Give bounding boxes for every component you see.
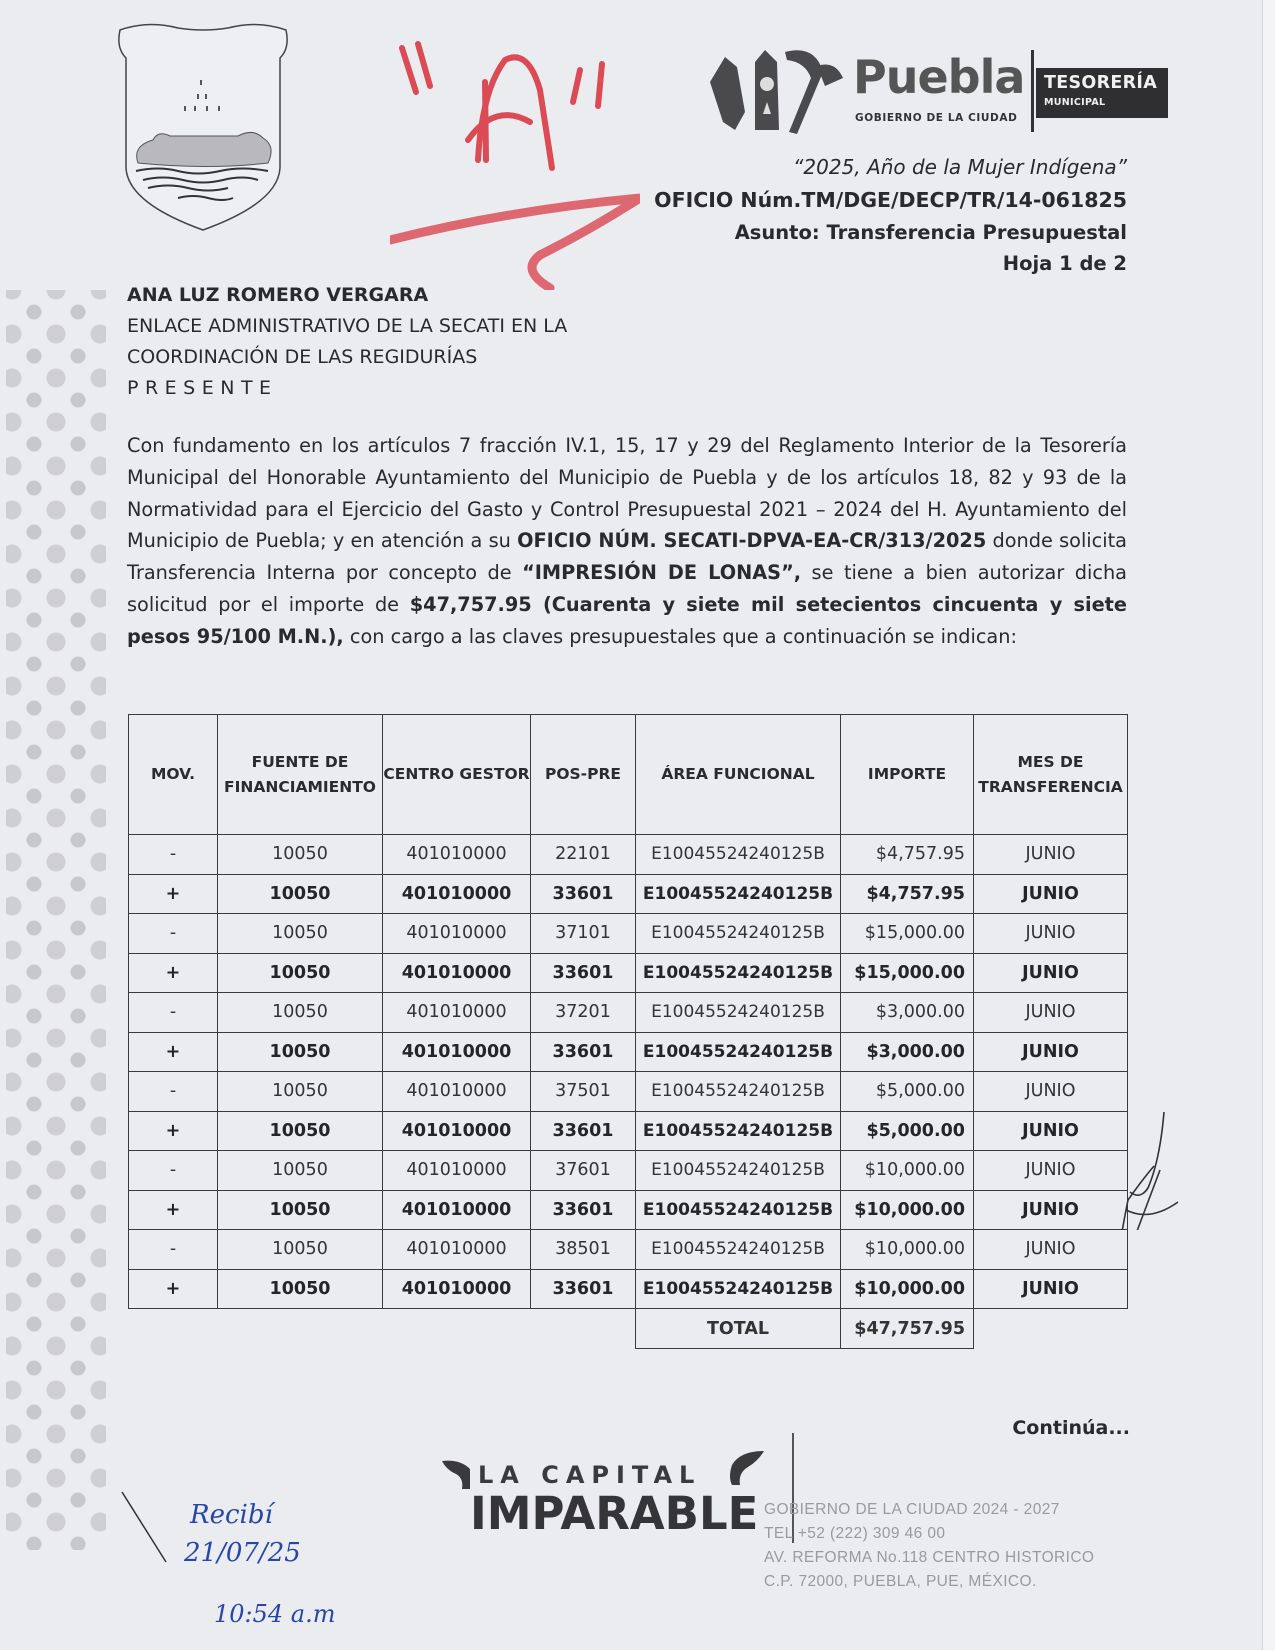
table-row: +1005040101000033601E10045524240125B$10,… <box>129 1269 1128 1309</box>
cell-mes: JUNIO <box>974 1269 1128 1309</box>
cell-mov: - <box>129 1230 218 1270</box>
header-importe: IMPORTE <box>841 715 974 835</box>
addressee-name: ANA LUZ ROMERO VERGARA <box>127 284 428 306</box>
body-paragraph: Con fundamento en los artículos 7 fracci… <box>127 430 1127 653</box>
cell-centro: 401010000 <box>383 993 531 1033</box>
cell-area: E10045524240125B <box>636 993 841 1033</box>
table-row: -1005040101000037501E10045524240125B$5,0… <box>129 1072 1128 1112</box>
addressee-title-line2: COORDINACIÓN DE LAS REGIDURÍAS <box>127 346 477 368</box>
contact-line-government: GOBIERNO DE LA CIUDAD 2024 - 2027 <box>764 1498 1094 1522</box>
cell-centro: 401010000 <box>383 1269 531 1309</box>
municipal-seal-icon <box>108 18 298 233</box>
cell-importe: $10,000.00 <box>841 1269 974 1309</box>
cell-importe: $5,000.00 <box>841 1111 974 1151</box>
cell-pospre: 33601 <box>531 1269 636 1309</box>
cell-pospre: 22101 <box>531 835 636 875</box>
cell-mes: JUNIO <box>974 1230 1128 1270</box>
cell-mes: JUNIO <box>974 1190 1128 1230</box>
cell-fuente: 10050 <box>218 993 383 1033</box>
cell-importe: $15,000.00 <box>841 914 974 954</box>
red-a-annotation-mark <box>390 30 640 290</box>
oficio-reference: OFICIO NÚM. SECATI-DPVA-EA-CR/313/2025 <box>517 529 986 552</box>
continues-label: Continúa... <box>1012 1417 1130 1439</box>
cell-area: E10045524240125B <box>636 1269 841 1309</box>
cell-fuente: 10050 <box>218 1230 383 1270</box>
year-motto: “2025, Año de la Mujer Indígena” <box>793 155 1127 179</box>
contact-line-address: AV. REFORMA No.118 CENTRO HISTORICO <box>764 1546 1094 1570</box>
cell-mes: JUNIO <box>974 1032 1128 1072</box>
cell-mov: - <box>129 1072 218 1112</box>
cell-fuente: 10050 <box>218 874 383 914</box>
cell-area: E10045524240125B <box>636 953 841 993</box>
cell-area: E10045524240125B <box>636 914 841 954</box>
cell-mes: JUNIO <box>974 993 1128 1033</box>
table-row: -1005040101000037601E10045524240125B$10,… <box>129 1151 1128 1191</box>
cell-centro: 401010000 <box>383 874 531 914</box>
cell-area: E10045524240125B <box>636 1072 841 1112</box>
la-capital-imparable-logo: LA CAPITAL IMPARABLE <box>440 1457 765 1542</box>
cell-pospre: 33601 <box>531 1111 636 1151</box>
slogan-bottom: IMPARABLE <box>470 1487 758 1540</box>
cell-mes: JUNIO <box>974 953 1128 993</box>
tesoreria-badge: TESORERÍA MUNICIPAL <box>1036 68 1168 118</box>
right-wing-icon <box>726 1449 766 1487</box>
cell-importe: $3,000.00 <box>841 993 974 1033</box>
cell-centro: 401010000 <box>383 953 531 993</box>
cell-mov: - <box>129 835 218 875</box>
cell-mov: + <box>129 1111 218 1151</box>
oficio-number: OFICIO Núm.TM/DGE/DECP/TR/14-061825 <box>654 188 1127 212</box>
table-row: -1005040101000038501E10045524240125B$10,… <box>129 1230 1128 1270</box>
cell-mes: JUNIO <box>974 874 1128 914</box>
cell-importe: $3,000.00 <box>841 1032 974 1072</box>
cell-importe: $4,757.95 <box>841 835 974 875</box>
cell-pospre: 37501 <box>531 1072 636 1112</box>
cell-mov: + <box>129 1269 218 1309</box>
logo-divider <box>1031 50 1034 132</box>
cell-mes: JUNIO <box>974 1151 1128 1191</box>
cell-centro: 401010000 <box>383 1190 531 1230</box>
cell-area: E10045524240125B <box>636 835 841 875</box>
total-row: TOTAL $47,757.95 <box>129 1309 1128 1349</box>
cell-importe: $10,000.00 <box>841 1190 974 1230</box>
cell-area: E10045524240125B <box>636 1230 841 1270</box>
slogan-top: LA CAPITAL <box>478 1461 701 1489</box>
addressee-title-line1: ENLACE ADMINISTRATIVO DE LA SECATI EN LA <box>127 315 567 337</box>
cell-mov: + <box>129 874 218 914</box>
cell-mov: - <box>129 914 218 954</box>
cell-area: E10045524240125B <box>636 1190 841 1230</box>
puebla-tesoreria-logo: Puebla GOBIERNO DE LA CIUDAD TESORERÍA M… <box>705 42 1175 134</box>
cell-fuente: 10050 <box>218 1269 383 1309</box>
table-row: +1005040101000033601E10045524240125B$15,… <box>129 953 1128 993</box>
cell-centro: 401010000 <box>383 914 531 954</box>
cell-mes: JUNIO <box>974 1111 1128 1151</box>
cell-pospre: 37601 <box>531 1151 636 1191</box>
header-area: ÁREA FUNCIONAL <box>636 715 841 835</box>
handwritten-receipt: Recibí 21/07/25 10:54 a.m <box>118 1480 378 1650</box>
header-mes: MES DE TRANSFERENCIA <box>974 715 1128 835</box>
contact-info: GOBIERNO DE LA CIUDAD 2024 - 2027 TEL +5… <box>764 1498 1094 1594</box>
table-header-row: MOV. FUENTE DE FINANCIAMIENTO CENTRO GES… <box>129 715 1128 835</box>
cell-centro: 401010000 <box>383 1151 531 1191</box>
total-spacer-right <box>974 1309 1128 1349</box>
cell-fuente: 10050 <box>218 1072 383 1112</box>
cell-fuente: 10050 <box>218 914 383 954</box>
tesoreria-subtitle: MUNICIPAL <box>1044 97 1105 108</box>
cell-area: E10045524240125B <box>636 1111 841 1151</box>
header-fuente: FUENTE DE FINANCIAMIENTO <box>218 715 383 835</box>
cell-mov: - <box>129 1151 218 1191</box>
puebla-landmarks-icon <box>705 42 855 134</box>
cell-area: E10045524240125B <box>636 1032 841 1072</box>
cell-importe: $10,000.00 <box>841 1151 974 1191</box>
table-row: -1005040101000022101E10045524240125B$4,7… <box>129 835 1128 875</box>
cell-pospre: 33601 <box>531 953 636 993</box>
cell-fuente: 10050 <box>218 1111 383 1151</box>
signature-mark <box>1120 1110 1200 1230</box>
cell-area: E10045524240125B <box>636 874 841 914</box>
table-row: +1005040101000033601E10045524240125B$5,0… <box>129 1111 1128 1151</box>
left-wing-icon <box>440 1459 474 1491</box>
cell-centro: 401010000 <box>383 1111 531 1151</box>
concept: “IMPRESIÓN DE LONAS”, <box>522 561 801 584</box>
cell-fuente: 10050 <box>218 953 383 993</box>
cell-centro: 401010000 <box>383 1072 531 1112</box>
total-label: TOTAL <box>636 1309 841 1349</box>
contact-line-phone: TEL +52 (222) 309 46 00 <box>764 1522 1094 1546</box>
header-pospre: POS-PRE <box>531 715 636 835</box>
total-spacer <box>129 1309 636 1349</box>
cell-importe: $5,000.00 <box>841 1072 974 1112</box>
puebla-wordmark: Puebla <box>853 50 1024 104</box>
cell-fuente: 10050 <box>218 835 383 875</box>
cell-mov: + <box>129 1032 218 1072</box>
table-row: -1005040101000037101E10045524240125B$15,… <box>129 914 1128 954</box>
cell-importe: $15,000.00 <box>841 953 974 993</box>
table-row: +1005040101000033601E10045524240125B$4,7… <box>129 874 1128 914</box>
cell-pospre: 38501 <box>531 1230 636 1270</box>
cell-importe: $10,000.00 <box>841 1230 974 1270</box>
cell-fuente: 10050 <box>218 1032 383 1072</box>
cell-pospre: 33601 <box>531 1190 636 1230</box>
cell-pospre: 33601 <box>531 874 636 914</box>
cell-mov: + <box>129 953 218 993</box>
subject-line: Asunto: Transferencia Presupuestal <box>735 221 1127 244</box>
logo-subtitle: GOBIERNO DE LA CIUDAD <box>855 112 1017 124</box>
presente-label: PRESENTE <box>127 377 278 399</box>
handwritten-time: 10:54 a.m <box>214 1600 336 1628</box>
cell-centro: 401010000 <box>383 1032 531 1072</box>
cell-pospre: 37201 <box>531 993 636 1033</box>
page-edge <box>1262 0 1275 1650</box>
body-text-4: con cargo a las claves presupuestales qu… <box>344 625 1017 648</box>
handwritten-date: 21/07/25 <box>184 1538 301 1568</box>
total-value: $47,757.95 <box>841 1309 974 1349</box>
security-margin-pattern <box>6 290 106 1550</box>
budget-transfer-table: MOV. FUENTE DE FINANCIAMIENTO CENTRO GES… <box>128 714 1128 1349</box>
header-centro: CENTRO GESTOR <box>383 715 531 835</box>
cell-mov: - <box>129 993 218 1033</box>
cell-mov: + <box>129 1190 218 1230</box>
cell-fuente: 10050 <box>218 1151 383 1191</box>
cell-importe: $4,757.95 <box>841 874 974 914</box>
cell-pospre: 37101 <box>531 914 636 954</box>
cell-centro: 401010000 <box>383 1230 531 1270</box>
table-row: +1005040101000033601E10045524240125B$3,0… <box>129 1032 1128 1072</box>
table-row: -1005040101000037201E10045524240125B$3,0… <box>129 993 1128 1033</box>
table-row: +1005040101000033601E10045524240125B$10,… <box>129 1190 1128 1230</box>
contact-line-postal: C.P. 72000, PUEBLA, PUE, MÉXICO. <box>764 1570 1094 1594</box>
cell-mes: JUNIO <box>974 835 1128 875</box>
cell-area: E10045524240125B <box>636 1151 841 1191</box>
cell-mes: JUNIO <box>974 914 1128 954</box>
cell-fuente: 10050 <box>218 1190 383 1230</box>
handwritten-received: Recibí <box>190 1500 273 1530</box>
cell-centro: 401010000 <box>383 835 531 875</box>
page-count: Hoja 1 de 2 <box>1003 252 1127 275</box>
header-mov: MOV. <box>129 715 218 835</box>
cell-pospre: 33601 <box>531 1032 636 1072</box>
tesoreria-title: TESORERÍA <box>1044 73 1157 93</box>
cell-mes: JUNIO <box>974 1072 1128 1112</box>
